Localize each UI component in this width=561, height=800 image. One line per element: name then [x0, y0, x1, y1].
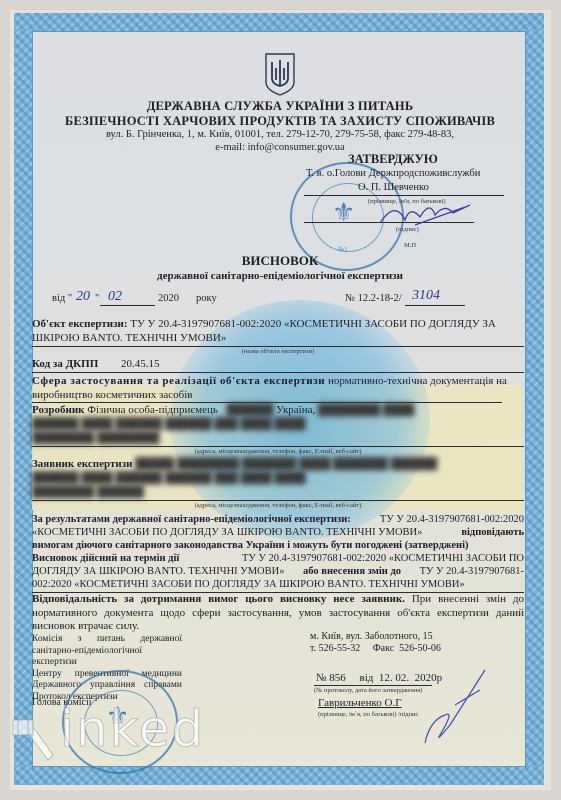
commission-head-caption: (прізвище, ім`я, по батькові) /підпис [318, 711, 418, 718]
approval-name: О. П. Шевченко [358, 182, 429, 193]
date-day: 20 [76, 289, 90, 305]
protocol-number: № 856 від 12. 02. 2020р [316, 672, 442, 684]
conclusion-subtitle: державної санітарно-епідеміологічної екс… [40, 270, 520, 282]
protocol-caption: (№ протоколу, дата його затвердження) [314, 687, 422, 694]
object-section: Об'єкт експертизи: ТУ У 20.4-3197907681-… [32, 318, 524, 345]
applicant-caption: (адреса, місцезнаходження, телефон, факс… [32, 502, 524, 509]
commission-head-name: Гаврильченко О.Г [318, 697, 402, 709]
date-sep: " [95, 293, 99, 304]
developer-value: Фізична особа-підприємець [87, 404, 218, 416]
date-suffix: року [196, 293, 217, 304]
doc-number-prefix: № 12.2-18-2/ [345, 293, 402, 304]
results-section: За результатами державної санітарно-епід… [32, 513, 524, 591]
approval-mp: М.П [404, 242, 416, 249]
tattoo-machine-icon [8, 715, 58, 775]
responsibility-bold: Відповідальність за дотримання вимог цьо… [32, 593, 405, 605]
results-compliance: вимогам діючого санітарного законодавств… [32, 539, 524, 552]
org-address: вул. Б. Грінченка, 1, м. Київ, 01001, те… [40, 129, 520, 140]
applicant-section: Заявник експертизи █████ ████████ ██████… [32, 458, 524, 472]
scope-label: Сфера застосування та реалізації об'єкта… [32, 375, 325, 387]
scope-value-line1: нормативно-технічна документація на [328, 375, 507, 387]
scope-value-line2: виробництво косметичних засобів [32, 389, 193, 401]
results-intro: За результатами державної санітарно-епід… [32, 513, 351, 526]
doc-number: 3104 [412, 288, 440, 304]
applicant-label: Заявник експертизи [32, 458, 132, 470]
object-label: Об'єкт експертизи: [32, 318, 128, 330]
org-name-line2: БЕЗПЕЧНОСТІ ХАРЧОВИХ ПРОДУКТІВ ТА ЗАХИСТ… [40, 114, 520, 129]
org-email: e-mail: info@consumer.gov.ua [40, 142, 520, 153]
approval-title: ЗАТВЕРДЖУЮ [348, 152, 438, 167]
object-value-line1: ТУ У 20.4-3197907681-002:2020 «КОСМЕТИЧН… [130, 318, 496, 330]
developer-country: Україна, [276, 404, 315, 416]
dkpp-section: Код за ДКПП 20.45.15 [32, 358, 160, 372]
validity-label: Висновок дійсний на термін дії [32, 552, 179, 565]
trident-emblem-icon [258, 52, 302, 98]
object-caption: (назва об'єкта експертизи) [32, 348, 524, 355]
developer-section: Розробник Фізична особа-підприємець ████… [32, 404, 524, 418]
dkpp-label: Код за ДКПП [32, 358, 98, 370]
date-year: 2020 [158, 293, 179, 304]
developer-details-redacted: ██████ ████ ██████ ██████ ███ ████ ████ [32, 418, 524, 432]
commission-address: м. Київ, вул. Заболотного, 15 [310, 631, 433, 642]
applicant-details-redacted: ██████ ████ ██████ ██████ ███ ████ ████ [32, 472, 524, 486]
developer-caption: (адреса, місцезнаходження, телефон, факс… [32, 448, 524, 455]
watermark-text: inked [60, 700, 205, 758]
developer-label: Розробник [32, 404, 85, 416]
object-value-line2: ШКІРОЮ BANTO. ТЕХНІЧНІ УМОВИ» [32, 332, 226, 344]
conclusion-title: ВИСНОВОК [40, 253, 520, 269]
approval-position: Т. в. о.Голови Держпродспоживслужби [306, 168, 480, 179]
dkpp-value: 20.45.15 [121, 358, 160, 370]
date-prefix: від " [52, 293, 72, 304]
date-month: 02 [108, 289, 122, 305]
scope-section: Сфера застосування та реалізації об'єкта… [32, 375, 524, 402]
org-name-line1: ДЕРЖАВНА СЛУЖБА УКРАЇНИ З ПИТАНЬ [40, 99, 520, 114]
approval-name-caption: (прізвище, ім'я, по батькові) [368, 198, 446, 205]
commission-phone: т. 526-55-32 Факс 526-50-06 [310, 643, 441, 654]
stamp-number: №1 [338, 246, 347, 253]
responsibility-section: Відповідальність за дотримання вимог цьо… [32, 593, 524, 634]
approval-sign-caption: (підпис) [396, 226, 419, 233]
